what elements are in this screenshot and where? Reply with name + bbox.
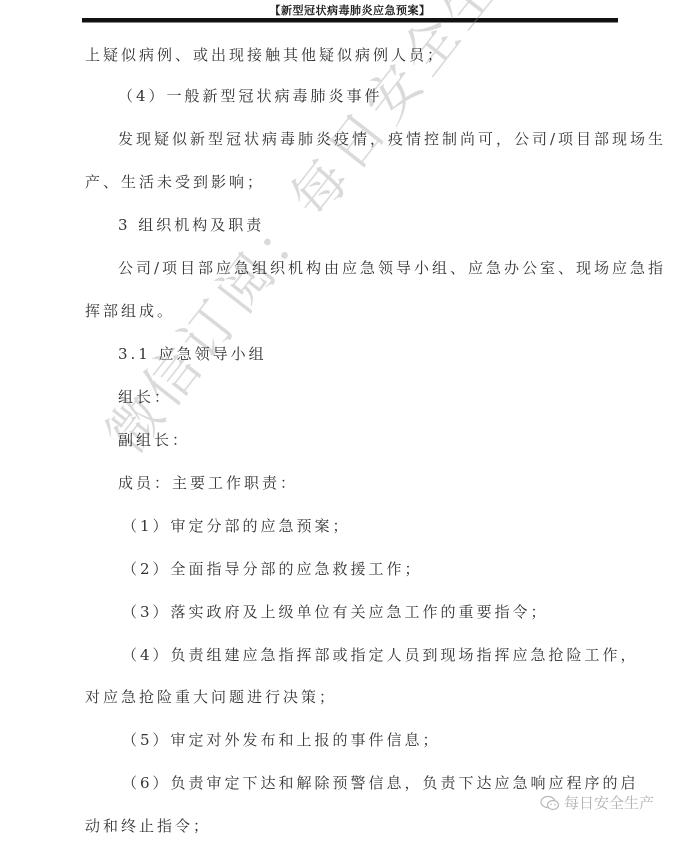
group-leader-label: 组长：	[118, 386, 172, 407]
duty-item-1: （1）审定分部的应急预案；	[122, 515, 351, 536]
members-label: 成员：主要工作职责：	[118, 472, 298, 493]
duty-item-2: （2）全面指导分部的应急救援工作；	[122, 558, 423, 579]
duty-item-4: （4）负责组建应急指挥部或指定人员到现场指挥应急抢险工作，	[122, 644, 639, 665]
header-divider	[82, 18, 618, 23]
paragraph-line: 动和终止指令；	[85, 815, 211, 836]
paragraph-line: 公司/项目部应急组织机构由应急领导小组、应急办公室、现场应急指	[118, 257, 666, 278]
duty-item-6: （6）负责审定下达和解除预警信息，负责下达应急响应程序的启	[122, 772, 639, 793]
section-heading-3: 3 组织机构及职责	[118, 214, 264, 235]
deputy-leader-label: 副组长：	[118, 429, 190, 450]
paragraph-line: 产、生活未受到影响；	[85, 171, 265, 192]
duty-item-3: （3）落实政府及上级单位有关应急工作的重要指令；	[122, 601, 549, 622]
section-heading-3-1: 3.1 应急领导小组	[118, 343, 267, 364]
wechat-icon	[540, 795, 560, 811]
wechat-account-name: 每日安全生产	[564, 792, 654, 813]
wechat-account-tag: 每日安全生产	[540, 792, 654, 813]
paragraph-line: 上疑似病例、或出现接触其他疑似病例人员；	[85, 44, 445, 65]
paragraph-line: 对应急抢险重大问题进行决策；	[85, 686, 337, 707]
paragraph-line: 挥部组成。	[85, 300, 175, 321]
paragraph-line: 发现疑似新型冠状病毒肺炎疫情，疫情控制尚可，公司/项目部现场生	[118, 128, 666, 149]
subheading-general-event: （4）一般新型冠状病毒肺炎事件	[118, 85, 383, 106]
duty-item-5: （5）审定对外发布和上报的事件信息；	[122, 729, 441, 750]
header-title: 【新型冠状病毒肺炎应急预案】	[0, 2, 700, 18]
